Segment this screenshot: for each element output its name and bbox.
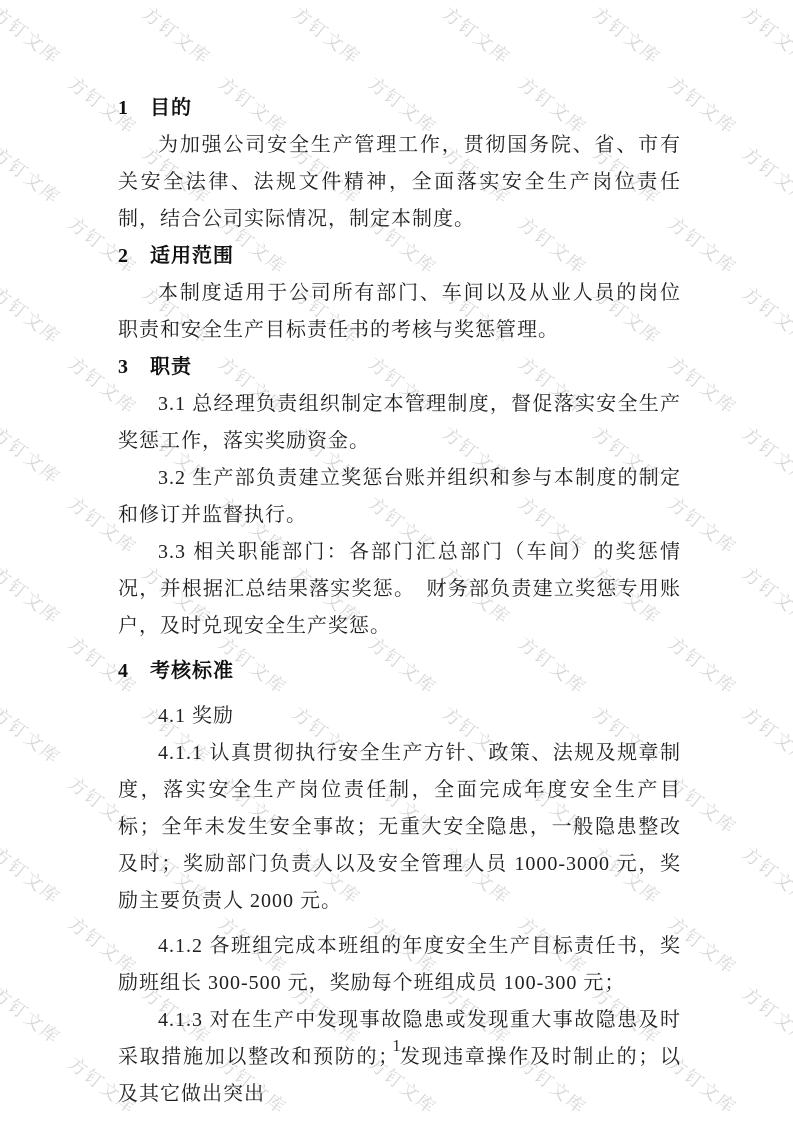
watermark-text: 方钉文库 <box>737 560 793 630</box>
watermark-text: 方钉文库 <box>587 0 666 70</box>
paragraph: 为加强公司安全生产管理工作，贯彻国务院、省、市有关安全法律、法规文件精神，全面落… <box>118 127 681 238</box>
paragraph: 4.1 奖励 <box>118 698 681 735</box>
section-heading: 2 适用范围 <box>118 238 681 275</box>
section-heading: 3 职责 <box>118 349 681 386</box>
watermark-text: 方钉文库 <box>737 840 793 910</box>
watermark-text: 方钉文库 <box>0 560 67 630</box>
watermark-text: 方钉文库 <box>737 700 793 770</box>
paragraph: 本制度适用于公司所有部门、车间以及从业人员的岗位职责和安全生产目标责任书的考核与… <box>118 275 681 349</box>
watermark-text: 方钉文库 <box>287 0 366 70</box>
watermark-text: 方钉文库 <box>737 0 793 70</box>
watermark-text: 方钉文库 <box>437 0 516 70</box>
watermark-text: 方钉文库 <box>0 0 67 70</box>
section-heading: 4 考核标准 <box>118 653 681 690</box>
watermark-text: 方钉文库 <box>0 140 67 210</box>
watermark-text: 方钉文库 <box>137 0 216 70</box>
paragraph: 4.1.1 认真贯彻执行安全生产方针、政策、法规及规章制度，落实安全生产岗位责任… <box>118 735 681 920</box>
watermark-text: 方钉文库 <box>0 280 67 350</box>
document-content: 1 目的为加强公司安全生产管理工作，贯彻国务院、省、市有关安全法律、法规文件精神… <box>118 90 681 1113</box>
page-number: 1 <box>0 1036 793 1056</box>
paragraph: 3.2 生产部负责建立奖惩台账并组织和参与本制度的制定和修订并监督执行。 <box>118 460 681 534</box>
paragraph: 3.1 总经理负责组织制定本管理制度，督促落实安全生产奖惩工作，落实奖励资金。 <box>118 386 681 460</box>
watermark-text: 方钉文库 <box>737 140 793 210</box>
paragraph: 4.1.2 各班组完成本班组的年度安全生产目标责任书，奖励班组长 300-500… <box>118 928 681 1002</box>
section-heading: 1 目的 <box>118 90 681 127</box>
paragraph: 3.3 相关职能部门：各部门汇总部门（车间）的奖惩情况，并根据汇总结果落实奖惩。… <box>118 534 681 645</box>
document-page: 方钉文库方钉文库方钉文库方钉文库方钉文库方钉文库方钉文库方钉文库方钉文库方钉文库… <box>0 0 793 1122</box>
watermark-text: 方钉文库 <box>0 700 67 770</box>
paragraph: 4.1.3 对在生产中发现事故隐患或发现重大事故隐患及时采取措施加以整改和预防的… <box>118 1002 681 1113</box>
watermark-text: 方钉文库 <box>0 840 67 910</box>
watermark-text: 方钉文库 <box>737 280 793 350</box>
watermark-text: 方钉文库 <box>737 420 793 490</box>
watermark-text: 方钉文库 <box>0 420 67 490</box>
